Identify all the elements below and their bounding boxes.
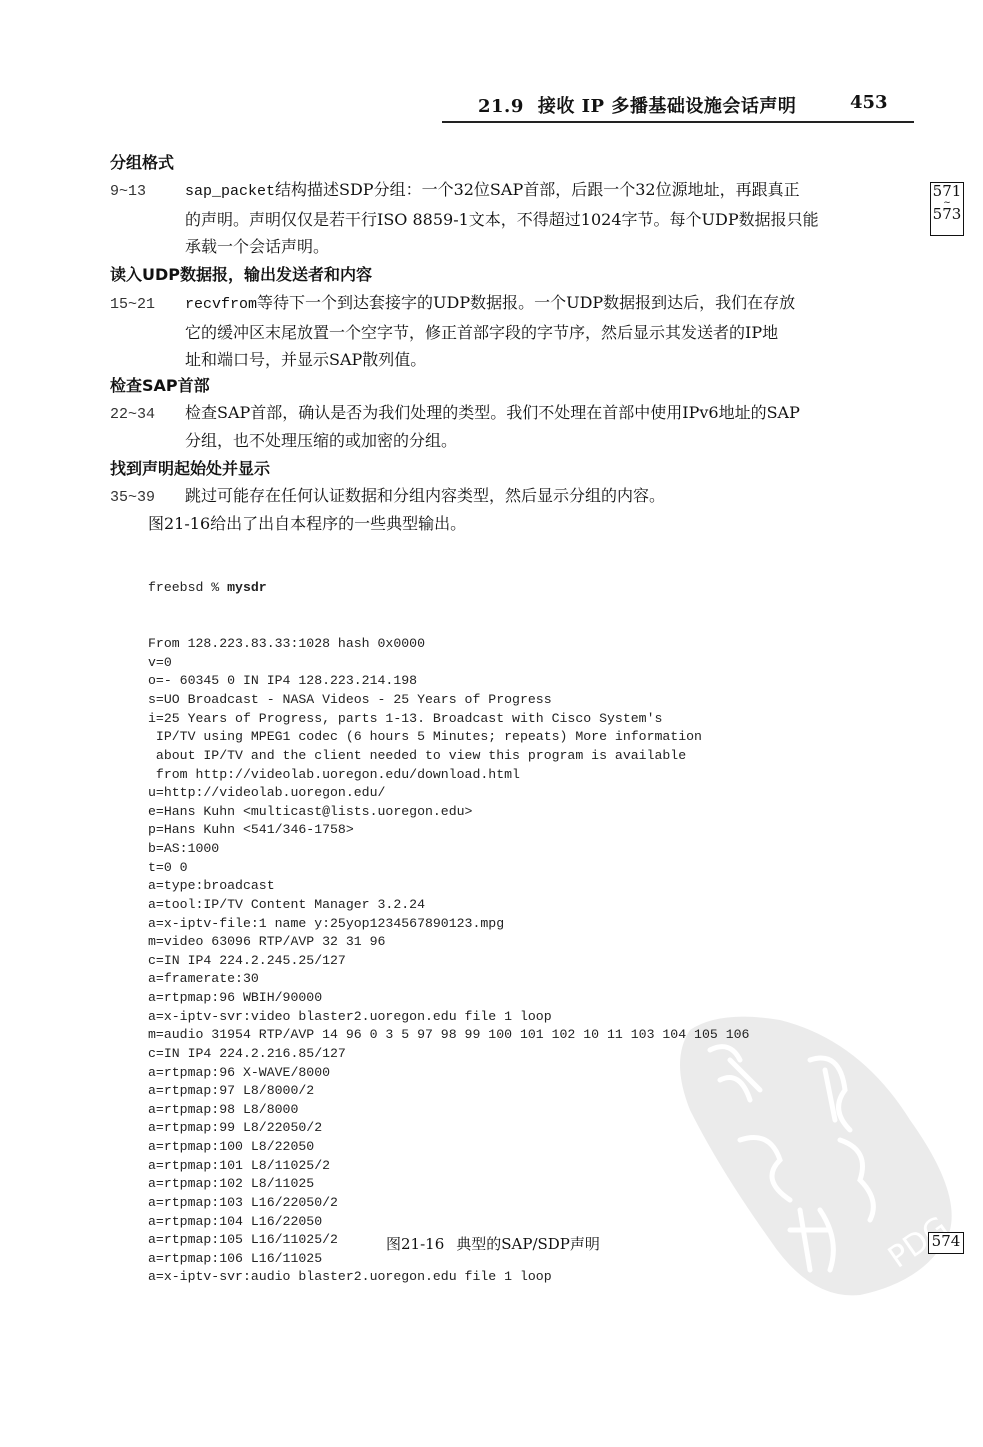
margin-page-ref-range: 571 ~ 573 bbox=[930, 182, 964, 236]
output-line: a=rtpmap:97 L8/8000/2 bbox=[148, 1082, 749, 1101]
output-line: a=rtpmap:102 L8/11025 bbox=[148, 1175, 749, 1194]
output-line: a=rtpmap:104 L16/22050 bbox=[148, 1213, 749, 1232]
output-line: a=x-iptv-file:1 name y:25yop123456789012… bbox=[148, 915, 749, 934]
margin-page-ref: 574 bbox=[928, 1232, 964, 1254]
line-range: 22~34 bbox=[110, 406, 155, 423]
code-identifier: recvfrom bbox=[185, 296, 257, 313]
output-line: a=rtpmap:98 L8/8000 bbox=[148, 1101, 749, 1120]
line-range: 15~21 bbox=[110, 296, 155, 313]
output-line: a=rtpmap:101 L8/11025/2 bbox=[148, 1157, 749, 1176]
output-line: m=audio 31954 RTP/AVP 14 96 0 3 5 97 98 … bbox=[148, 1026, 749, 1045]
paragraph-line: sap_packet结构描述SDP分组：一个32位SAP首部，后跟一个32位源地… bbox=[185, 176, 915, 206]
running-header: 21.9接收 IP 多播基础设施会话声明 453 bbox=[0, 88, 983, 128]
section-heading: 检查SAP首部 bbox=[110, 373, 210, 396]
output-line: a=framerate:30 bbox=[148, 970, 749, 989]
figure-intro: 图21-16给出了出自本程序的一些典型输出。 bbox=[148, 511, 466, 534]
header-rule bbox=[442, 121, 914, 123]
section-heading: 分组格式 bbox=[110, 150, 174, 173]
shell-prompt: freebsd % bbox=[148, 580, 227, 595]
output-line: a=x-iptv-svr:video blaster2.uoregon.edu … bbox=[148, 1008, 749, 1027]
output-line: c=IN IP4 224.2.245.25/127 bbox=[148, 952, 749, 971]
output-line: a=type:broadcast bbox=[148, 877, 749, 896]
section-number: 21.9 bbox=[478, 96, 524, 117]
figure-title: 典型的SAP/SDP声明 bbox=[456, 1235, 600, 1253]
output-line: p=Hans Kuhn <541/346-1758> bbox=[148, 821, 749, 840]
output-line: a=rtpmap:96 X-WAVE/8000 bbox=[148, 1064, 749, 1083]
paragraph-line: 检查SAP首部，确认是否为我们处理的类型。我们不处理在首部中使用IPv6地址的S… bbox=[185, 399, 915, 427]
paragraph-line: 分组，也不处理压缩的或加密的分组。 bbox=[185, 427, 915, 455]
paragraph: 跳过可能存在任何认证数据和分组内容类型，然后显示分组的内容。 bbox=[185, 482, 915, 510]
output-line: o=- 60345 0 IN IP4 128.223.214.198 bbox=[148, 672, 749, 691]
output-line: s=UO Broadcast - NASA Videos - 25 Years … bbox=[148, 691, 749, 710]
page-number: 453 bbox=[850, 92, 888, 113]
output-lines: From 128.223.83.33:1028 hash 0x0000v=0o=… bbox=[148, 635, 749, 1287]
paragraph: 检查SAP首部，确认是否为我们处理的类型。我们不处理在首部中使用IPv6地址的S… bbox=[185, 399, 915, 454]
paragraph-line: 的声明。声明仅仅是若干行ISO 8859-1文本，不得超过1024字节。每个UD… bbox=[185, 206, 915, 234]
output-line: b=AS:1000 bbox=[148, 840, 749, 859]
paragraph-line: 跳过可能存在任何认证数据和分组内容类型，然后显示分组的内容。 bbox=[185, 482, 915, 510]
output-line: a=rtpmap:100 L8/22050 bbox=[148, 1138, 749, 1157]
output-line: a=rtpmap:99 L8/22050/2 bbox=[148, 1119, 749, 1138]
paragraph: recvfrom等待下一个到达套接字的UDP数据报。一个UDP数据报到达后，我们… bbox=[185, 289, 915, 374]
paragraph-line: 承载一个会话声明。 bbox=[185, 233, 915, 261]
header-title: 21.9接收 IP 多播基础设施会话声明 bbox=[478, 92, 796, 118]
output-line: IP/TV using MPEG1 codec (6 hours 5 Minut… bbox=[148, 728, 749, 747]
output-line: From 128.223.83.33:1028 hash 0x0000 bbox=[148, 635, 749, 654]
line-range: 35~39 bbox=[110, 489, 155, 506]
output-line: c=IN IP4 224.2.216.85/127 bbox=[148, 1045, 749, 1064]
paragraph-line: 址和端口号，并显示SAP散列值。 bbox=[185, 346, 915, 374]
figure-number: 图21-16 bbox=[386, 1235, 444, 1253]
terminal-output: freebsd % mysdr From 128.223.83.33:1028 … bbox=[148, 542, 749, 1324]
line-range: 9~13 bbox=[110, 183, 146, 200]
section-heading: 读入UDP数据报，输出发送者和内容 bbox=[110, 262, 372, 285]
output-line: i=25 Years of Progress, parts 1-13. Broa… bbox=[148, 710, 749, 729]
paragraph-line: recvfrom等待下一个到达套接字的UDP数据报。一个UDP数据报到达后，我们… bbox=[185, 289, 915, 319]
output-line: a=rtpmap:96 WBIH/90000 bbox=[148, 989, 749, 1008]
output-line: e=Hans Kuhn <multicast@lists.uoregon.edu… bbox=[148, 803, 749, 822]
output-line: t=0 0 bbox=[148, 859, 749, 878]
code-identifier: sap_packet bbox=[185, 183, 275, 200]
output-line: a=tool:IP/TV Content Manager 3.2.24 bbox=[148, 896, 749, 915]
output-line: a=rtpmap:103 L16/22050/2 bbox=[148, 1194, 749, 1213]
command-line: freebsd % mysdr bbox=[148, 579, 749, 598]
section-heading: 找到声明起始处并显示 bbox=[110, 456, 270, 479]
figure-caption: 图21-16典型的SAP/SDP声明 bbox=[386, 1233, 600, 1254]
output-line: v=0 bbox=[148, 654, 749, 673]
section-title: 接收 IP 多播基础设施会话声明 bbox=[538, 96, 797, 117]
output-line: u=http://videolab.uoregon.edu/ bbox=[148, 784, 749, 803]
command: mysdr bbox=[227, 580, 267, 595]
paragraph: sap_packet结构描述SDP分组：一个32位SAP首部，后跟一个32位源地… bbox=[185, 176, 915, 261]
output-line: a=x-iptv-svr:audio blaster2.uoregon.edu … bbox=[148, 1268, 749, 1287]
output-line: m=video 63096 RTP/AVP 32 31 96 bbox=[148, 933, 749, 952]
paragraph-line: 它的缓冲区末尾放置一个空字节，修正首部字段的字节序，然后显示其发送者的IP地 bbox=[185, 319, 915, 347]
output-line: from http://videolab.uoregon.edu/downloa… bbox=[148, 766, 749, 785]
output-line: about IP/TV and the client needed to vie… bbox=[148, 747, 749, 766]
